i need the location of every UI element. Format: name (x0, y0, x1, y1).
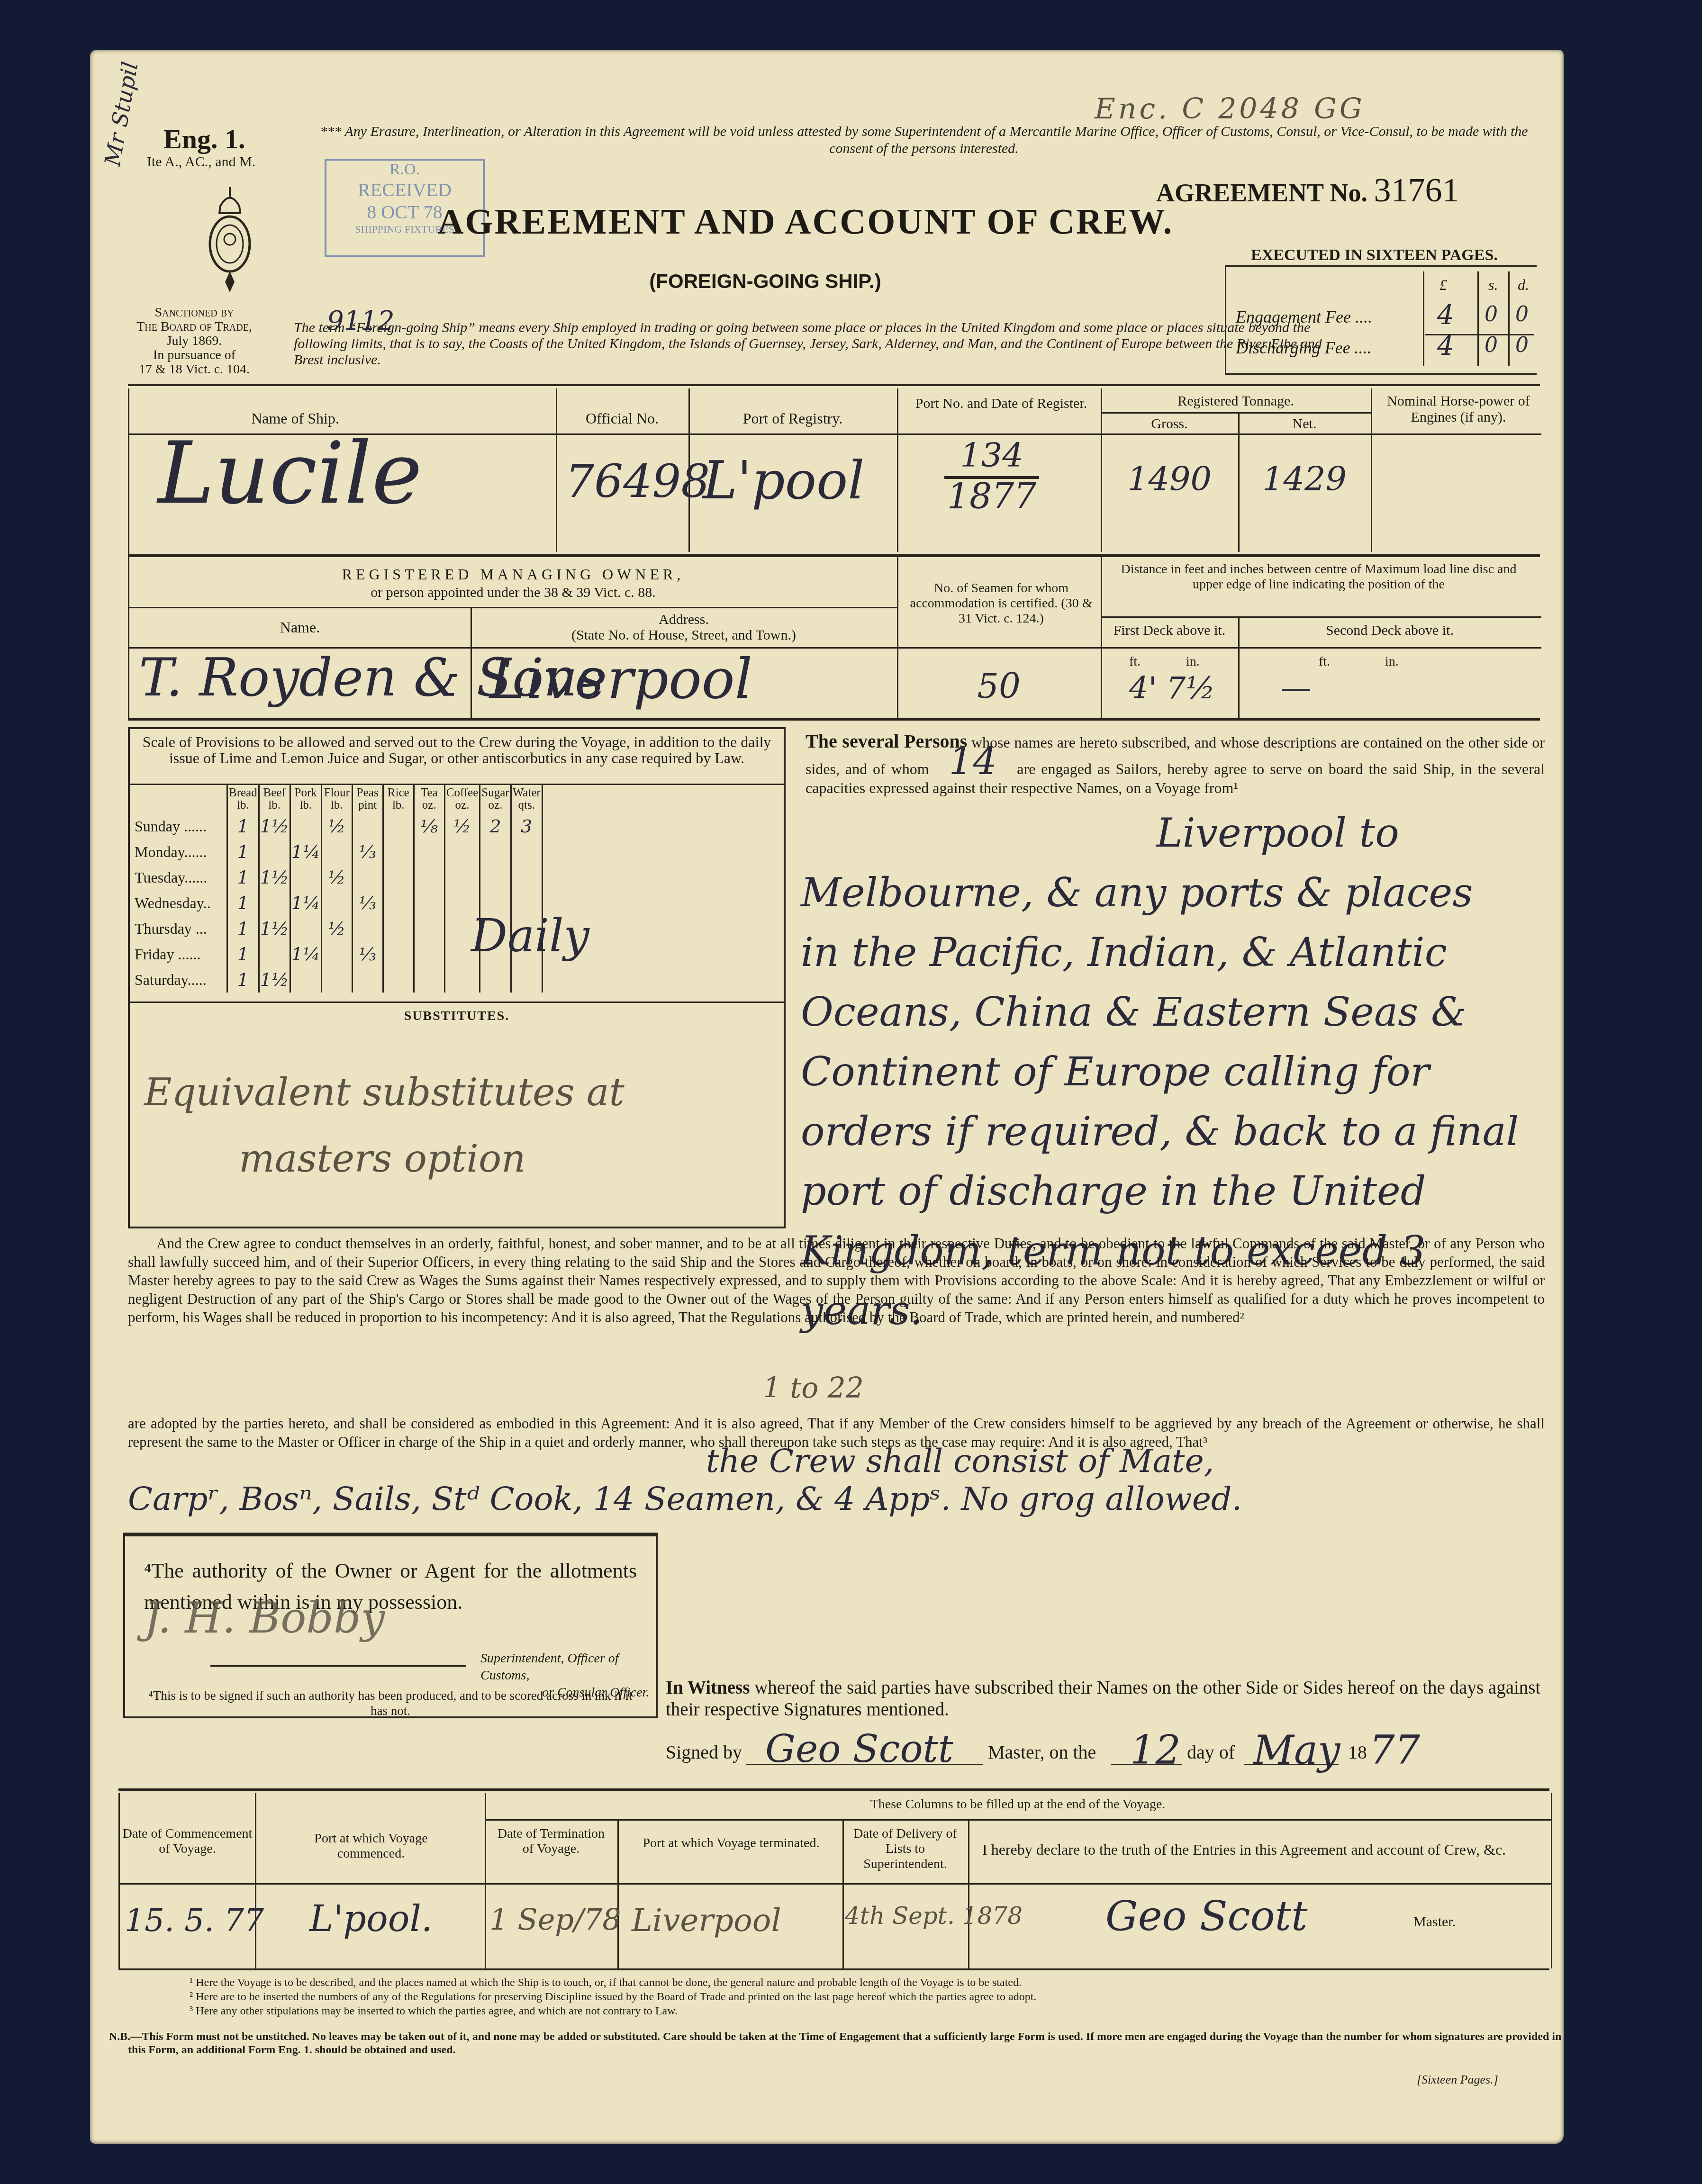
provision-value (290, 813, 321, 839)
provision-value (290, 967, 321, 993)
provision-value (444, 865, 480, 890)
provision-value: ⅛ (414, 813, 444, 839)
provision-value (383, 941, 414, 967)
provision-value: 1½ (259, 967, 290, 993)
provision-value (321, 941, 352, 967)
executed-note: EXECUTED IN SIXTEEN PAGES. (1251, 246, 1498, 264)
signing-day: 12 (1130, 1727, 1181, 1773)
provision-value (383, 813, 414, 839)
provision-value: 1 (227, 813, 259, 839)
provisions-row: Tuesday......11½½ (130, 865, 542, 890)
day-label: Friday ...... (130, 941, 227, 967)
agreement-number-label: AGREEMENT No. 31761 (1156, 171, 1459, 210)
margin-annotation: Mr Stupil (100, 83, 118, 159)
agreement-paragraph-1: And the Crew agree to conduct themselves… (128, 1234, 1545, 1327)
day-label: Thursday ... (130, 916, 227, 941)
provision-value (414, 916, 444, 941)
foreign-going-definition: The term “Foreign-going Ship” means ever… (294, 320, 1322, 368)
nb-notice: N.B.—This Form must not be unstitched. N… (109, 2030, 1568, 2057)
end-of-voyage-table: These Columns to be filled up at the end… (118, 1793, 1552, 1968)
delivery-date: 4th Sept. 1878 (845, 1902, 1023, 1930)
provision-value (444, 839, 480, 865)
provision-value: 1½ (259, 916, 290, 941)
provision-value (511, 839, 542, 865)
first-deck-distance: 4' 7½ (1129, 671, 1215, 706)
discharging-fee-pounds: 4 (1437, 331, 1454, 361)
port-number: 134 (911, 436, 1072, 475)
document-subtitle: (FOREIGN-GOING SHIP.) (564, 270, 967, 293)
provision-value (480, 865, 511, 890)
crew-agreement-document: Mr Stupil Eng. 1. Ite A., AC., and M. Sa… (90, 50, 1564, 2144)
provision-value (259, 890, 290, 916)
port-of-registry: L'pool (703, 450, 864, 511)
provision-value (480, 967, 511, 993)
horsepower-value (1380, 460, 1537, 488)
archive-reference: Enc. C 2048 GG (1095, 92, 1365, 126)
provision-value (414, 839, 444, 865)
provision-value (321, 839, 352, 865)
provisions-row: Monday......11¼⅓ (130, 839, 542, 865)
provisions-row: Saturday.....11½ (130, 967, 542, 993)
owner-table: REGISTERED MANAGING OWNER, or person app… (128, 557, 1541, 718)
provision-value (511, 865, 542, 890)
form-code: Eng. 1. (163, 123, 245, 155)
provision-value (290, 916, 321, 941)
witness-clause: In Witness whereof the said parties have… (666, 1677, 1557, 1721)
commencement-date: 15. 5. 77 (125, 1902, 264, 1939)
regulations-numbered: 1 to 22 (763, 1372, 864, 1405)
sailors-count: 14 (935, 739, 1012, 783)
provision-value: 1¼ (290, 941, 321, 967)
provision-value: 3 (511, 813, 542, 839)
ship-name: Lucile (158, 426, 422, 521)
provisions-row: Sunday ......11½½⅛½23 (130, 813, 542, 839)
provision-value: 1 (227, 865, 259, 890)
provision-value: ⅓ (352, 890, 383, 916)
provisions-heading: Scale of Provisions to be allowed and se… (135, 734, 779, 766)
provision-value: ½ (321, 813, 352, 839)
daily-note: Daily (471, 909, 589, 962)
provision-value (511, 967, 542, 993)
provision-value (352, 813, 383, 839)
provision-value (480, 839, 511, 865)
day-label: Sunday ...... (130, 813, 227, 839)
page-count-note: [Sixteen Pages.] (1417, 2073, 1498, 2087)
provision-value: 1 (227, 916, 259, 941)
termination-port: Liverpool (632, 1902, 781, 1939)
fees-table: £ s. d. Engagement Fee .... 4 0 0 Discha… (1225, 265, 1537, 375)
provision-value (352, 865, 383, 890)
provision-value (383, 839, 414, 865)
provision-value (352, 916, 383, 941)
termination-date: 1 Sep/78 (489, 1902, 621, 1937)
provision-value (444, 967, 480, 993)
sanction-note: Sanctioned by The Board of Trade, July 1… (123, 306, 265, 377)
authority-signature: J. H. Bobby (144, 1593, 385, 1643)
provision-value (414, 865, 444, 890)
provision-value: ½ (321, 865, 352, 890)
day-label: Wednesday.. (130, 890, 227, 916)
stipulation-line-2: Carpʳ, Bosⁿ, Sails, Stᵈ Cook, 14 Seamen,… (128, 1480, 1242, 1518)
provisions-scale-box: Scale of Provisions to be allowed and se… (128, 727, 786, 1228)
declaration-signature: Geo Scott (1105, 1893, 1308, 1940)
second-deck-distance: — (1281, 671, 1311, 706)
provision-value (383, 890, 414, 916)
provision-value: 2 (480, 813, 511, 839)
provision-value (321, 890, 352, 916)
provision-value (259, 941, 290, 967)
owner-address: Liverpool (489, 647, 752, 711)
day-label: Saturday..... (130, 967, 227, 993)
substitutes-line-2: masters option (239, 1137, 526, 1181)
allotment-authority-box: ⁴The authority of the Owner or Agent for… (123, 1533, 658, 1718)
provision-value: 1½ (259, 865, 290, 890)
provision-value (290, 865, 321, 890)
document-title: AGREEMENT AND ACCOUNT OF CREW. (355, 201, 1256, 243)
signing-month: May (1253, 1727, 1340, 1773)
provision-value (383, 916, 414, 941)
substitutes-heading: SUBSTITUTES. (130, 1009, 784, 1024)
provision-value (414, 890, 444, 916)
provision-value: 1 (227, 839, 259, 865)
provision-value: 1½ (259, 813, 290, 839)
board-of-trade-crest-icon (206, 187, 253, 296)
day-label: Tuesday...... (130, 865, 227, 890)
provision-value (414, 967, 444, 993)
provision-value: 1¼ (290, 839, 321, 865)
handwritten-mark: 9112 (327, 306, 395, 336)
form-note: Ite A., AC., and M. (147, 154, 255, 170)
substitutes-line-1: Equivalent substitutes at (144, 1070, 625, 1114)
day-label: Monday...... (130, 839, 227, 865)
provision-value: 1¼ (290, 890, 321, 916)
signing-year: 77 (1369, 1727, 1420, 1773)
discharging-fee-label: Discharging Fee .... (1236, 338, 1372, 358)
provision-value (383, 967, 414, 993)
caution-text: *** Any Erasure, Interlineation, or Alte… (317, 123, 1530, 157)
stipulation-line-1: the Crew shall consist of Mate, (706, 1443, 1214, 1480)
provision-value: 1 (227, 941, 259, 967)
provision-value (259, 839, 290, 865)
footnotes: ¹ Here the Voyage is to be described, an… (190, 1976, 1469, 2018)
engagement-fee-label: Engagement Fee .... (1236, 307, 1372, 327)
net-tonnage: 1429 (1238, 460, 1371, 498)
provision-value: ⅓ (352, 839, 383, 865)
ship-details-table: Name of Ship. Official No. Port of Regis… (128, 388, 1541, 554)
signed-by-line: Signed by Geo Scott Master, on the 12 da… (666, 1736, 1566, 1774)
seamen-accommodation: 50 (897, 666, 1101, 706)
provision-value (383, 865, 414, 890)
provision-value: ½ (321, 916, 352, 941)
gross-tonnage: 1490 (1101, 460, 1238, 498)
commencement-port: L'pool. (309, 1897, 433, 1940)
master-declaration: I hereby declare to the truth of the Ent… (982, 1841, 1541, 1859)
provision-value: ⅓ (352, 941, 383, 967)
voyage-intro: The several Persons whose names are here… (806, 732, 1545, 797)
provision-value: 1 (227, 967, 259, 993)
register-year: 1877 (911, 476, 1072, 517)
end-voyage-banner: These Columns to be filled up at the end… (485, 1797, 1551, 1812)
engagement-fee-pounds: 4 (1437, 300, 1454, 331)
provision-value (352, 967, 383, 993)
official-number: 76498 (565, 455, 710, 508)
agreement-number: 31761 (1374, 171, 1459, 209)
provision-value (321, 967, 352, 993)
provision-value (414, 941, 444, 967)
provision-value: ½ (444, 813, 480, 839)
provision-value: 1 (227, 890, 259, 916)
